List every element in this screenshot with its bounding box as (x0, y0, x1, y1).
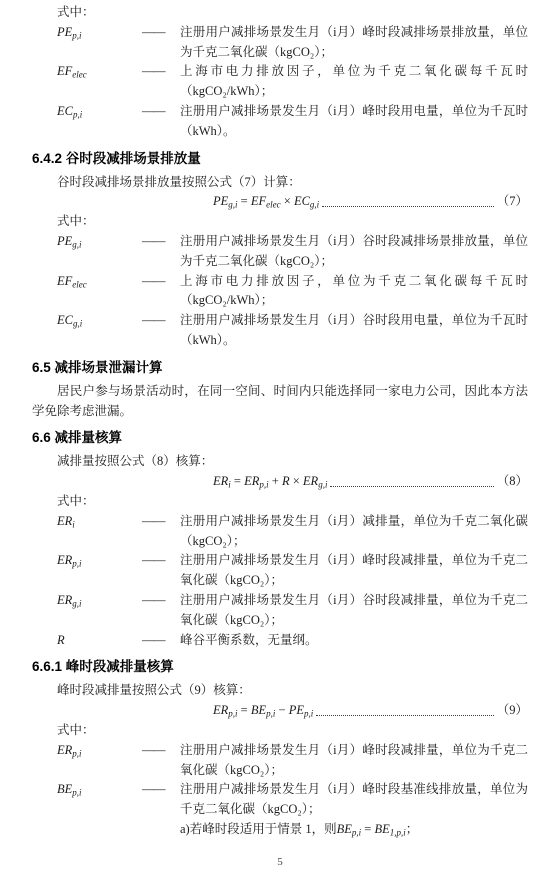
term-row: BEp,i —— 注册用户减排场景发生月（i月）峰时段基准线排放量，单位为千克二… (57, 780, 528, 839)
formula-leader (322, 206, 494, 207)
term-definition: 注册用户减排场景发生月（i月）谷时段减排场景排放量，单位为千克二氧化碳（kgCO… (180, 232, 528, 272)
term-row: ECg,i —— 注册用户减排场景发生月（i月）谷时段用电量，单位为千瓦时（kW… (57, 311, 528, 351)
term-dash: —— (142, 311, 180, 351)
formula-9-expression: ERp,i = BEp,i − PEp,i (213, 701, 313, 721)
term-symbol: BEp,i (57, 780, 142, 839)
document-page: 式中： PEp,i —— 注册用户减排场景发生月（i月）峰时段减排场景排放量，单… (0, 0, 560, 881)
term-definition: 注册用户减排场景发生月（i月）减排量，单位为千克二氧化碳（kgCO₂）； (180, 512, 528, 552)
term-dash: —— (142, 551, 180, 591)
term-list-66: ERi —— 注册用户减排场景发生月（i月）减排量，单位为千克二氧化碳（kgCO… (32, 512, 528, 651)
term-dash: —— (142, 780, 180, 839)
term-symbol: ECg,i (57, 311, 142, 351)
term-dash: —— (142, 512, 180, 552)
term-list-642: PEg,i —— 注册用户减排场景发生月（i月）谷时段减排场景排放量，单位为千克… (32, 232, 528, 351)
formula-7-expression: PEg,i = EFelec × ECg,i (213, 192, 319, 212)
section-66-intro: 减排量按照公式（8）核算： (32, 452, 528, 472)
term-row: ERp,i —— 注册用户减排场景发生月（i月）峰时段减排量，单位为千克二氧化碳… (57, 551, 528, 591)
term-symbol: ERp,i (57, 551, 142, 591)
section-heading-642: 6.4.2 谷时段减排场景排放量 (32, 150, 528, 168)
term-definition: 注册用户减排场景发生月（i月）峰时段减排量，单位为千克二氧化碳（kgCO₂）； (180, 551, 528, 591)
term-row: PEg,i —— 注册用户减排场景发生月（i月）谷时段减排场景排放量，单位为千克… (57, 232, 528, 272)
formula-leader (330, 486, 493, 487)
term-dash: —— (142, 741, 180, 781)
section-heading-661: 6.6.1 峰时段减排量核算 (32, 658, 528, 676)
term-row: EFelec —— 上海市电力排放因子，单位为千克二氧化碳每千瓦时（kgCO₂/… (57, 62, 528, 102)
term-definition: 注册用户减排场景发生月（i月）峰时段减排场景排放量，单位为千克二氧化碳（kgCO… (180, 23, 528, 63)
term-symbol: ERg,i (57, 591, 142, 631)
page-number: 5 (0, 855, 560, 869)
term-dash: —— (142, 62, 180, 102)
section-642-intro: 谷时段减排场景排放量按照公式（7）计算： (32, 173, 528, 193)
formula-7: PEg,i = EFelec × ECg,i （7） (213, 192, 528, 212)
section-heading-66: 6.6 减排量核算 (32, 429, 528, 447)
formula-7-number: （7） (497, 192, 528, 212)
formula-terms-label: 式中： (32, 212, 528, 232)
term-definition: 注册用户减排场景发生月（i月）峰时段用电量，单位为千瓦时（kWh）。 (180, 102, 528, 142)
term-row: ERg,i —— 注册用户减排场景发生月（i月）谷时段减排量，单位为千克二氧化碳… (57, 591, 528, 631)
term-condition-note: a)若峰时段适用于情景 1，则BEp,i = BE1,p,i； (180, 820, 528, 840)
term-row: EFelec —— 上海市电力排放因子，单位为千克二氧化碳每千瓦时（kgCO₂/… (57, 272, 528, 312)
formula-8-expression: ERi = ERp,i + R × ERg,i (213, 472, 327, 492)
term-symbol: EFelec (57, 272, 142, 312)
term-definition: 峰谷平衡系数，无量纲。 (180, 631, 528, 651)
term-symbol: R (57, 631, 142, 651)
term-row: ERi —— 注册用户减排场景发生月（i月）减排量，单位为千克二氧化碳（kgCO… (57, 512, 528, 552)
term-definition: 注册用户减排场景发生月（i月）谷时段减排量，单位为千克二氧化碳（kgCO₂）； (180, 591, 528, 631)
term-list-641: PEp,i —— 注册用户减排场景发生月（i月）峰时段减排场景排放量，单位为千克… (32, 23, 528, 142)
term-definition: 注册用户减排场景发生月（i月）峰时段减排量，单位为千克二氧化碳（kgCO₂）； (180, 741, 528, 781)
term-definition-text: 注册用户减排场景发生月（i月）峰时段基准线排放量，单位为千克二氧化碳（kgCO₂… (180, 782, 528, 816)
formula-9: ERp,i = BEp,i − PEp,i （9） (213, 701, 528, 721)
term-row: PEp,i —— 注册用户减排场景发生月（i月）峰时段减排场景排放量，单位为千克… (57, 23, 528, 63)
term-symbol: PEp,i (57, 23, 142, 63)
formula-8-number: （8） (497, 472, 528, 492)
term-row: ERp,i —— 注册用户减排场景发生月（i月）峰时段减排量，单位为千克二氧化碳… (57, 741, 528, 781)
formula-8: ERi = ERp,i + R × ERg,i （8） (213, 472, 528, 492)
term-definition: 上海市电力排放因子，单位为千克二氧化碳每千瓦时（kgCO₂/kWh）； (180, 272, 528, 312)
formula-leader (316, 715, 493, 716)
term-symbol: ECp,i (57, 102, 142, 142)
term-symbol: PEg,i (57, 232, 142, 272)
term-dash: —— (142, 23, 180, 63)
term-dash: —— (142, 232, 180, 272)
term-list-661: ERp,i —— 注册用户减排场景发生月（i月）峰时段减排量，单位为千克二氧化碳… (32, 741, 528, 840)
term-row: ECp,i —— 注册用户减排场景发生月（i月）峰时段用电量，单位为千瓦时（kW… (57, 102, 528, 142)
formula-terms-label: 式中： (32, 721, 528, 741)
formula-9-number: （9） (497, 701, 528, 721)
term-definition: 上海市电力排放因子，单位为千克二氧化碳每千瓦时（kgCO₂/kWh）； (180, 62, 528, 102)
term-row: R —— 峰谷平衡系数，无量纲。 (57, 631, 528, 651)
term-symbol: EFelec (57, 62, 142, 102)
term-dash: —— (142, 631, 180, 651)
section-heading-65: 6.5 减排场景泄漏计算 (32, 359, 528, 377)
term-symbol: ERp,i (57, 741, 142, 781)
term-dash: —— (142, 102, 180, 142)
term-dash: —— (142, 591, 180, 631)
term-definition: 注册用户减排场景发生月（i月）谷时段用电量，单位为千瓦时（kWh）。 (180, 311, 528, 351)
section-65-paragraph: 居民户参与场景活动时，在同一空间、时间内只能选择同一家电力公司，因此本方法学免除… (32, 382, 528, 422)
term-definition: 注册用户减排场景发生月（i月）峰时段基准线排放量，单位为千克二氧化碳（kgCO₂… (180, 780, 528, 839)
section-661-intro: 峰时段减排量按照公式（9）核算： (32, 681, 528, 701)
formula-terms-label: 式中： (32, 492, 528, 512)
term-dash: —— (142, 272, 180, 312)
term-symbol: ERi (57, 512, 142, 552)
formula-terms-label: 式中： (32, 3, 528, 23)
